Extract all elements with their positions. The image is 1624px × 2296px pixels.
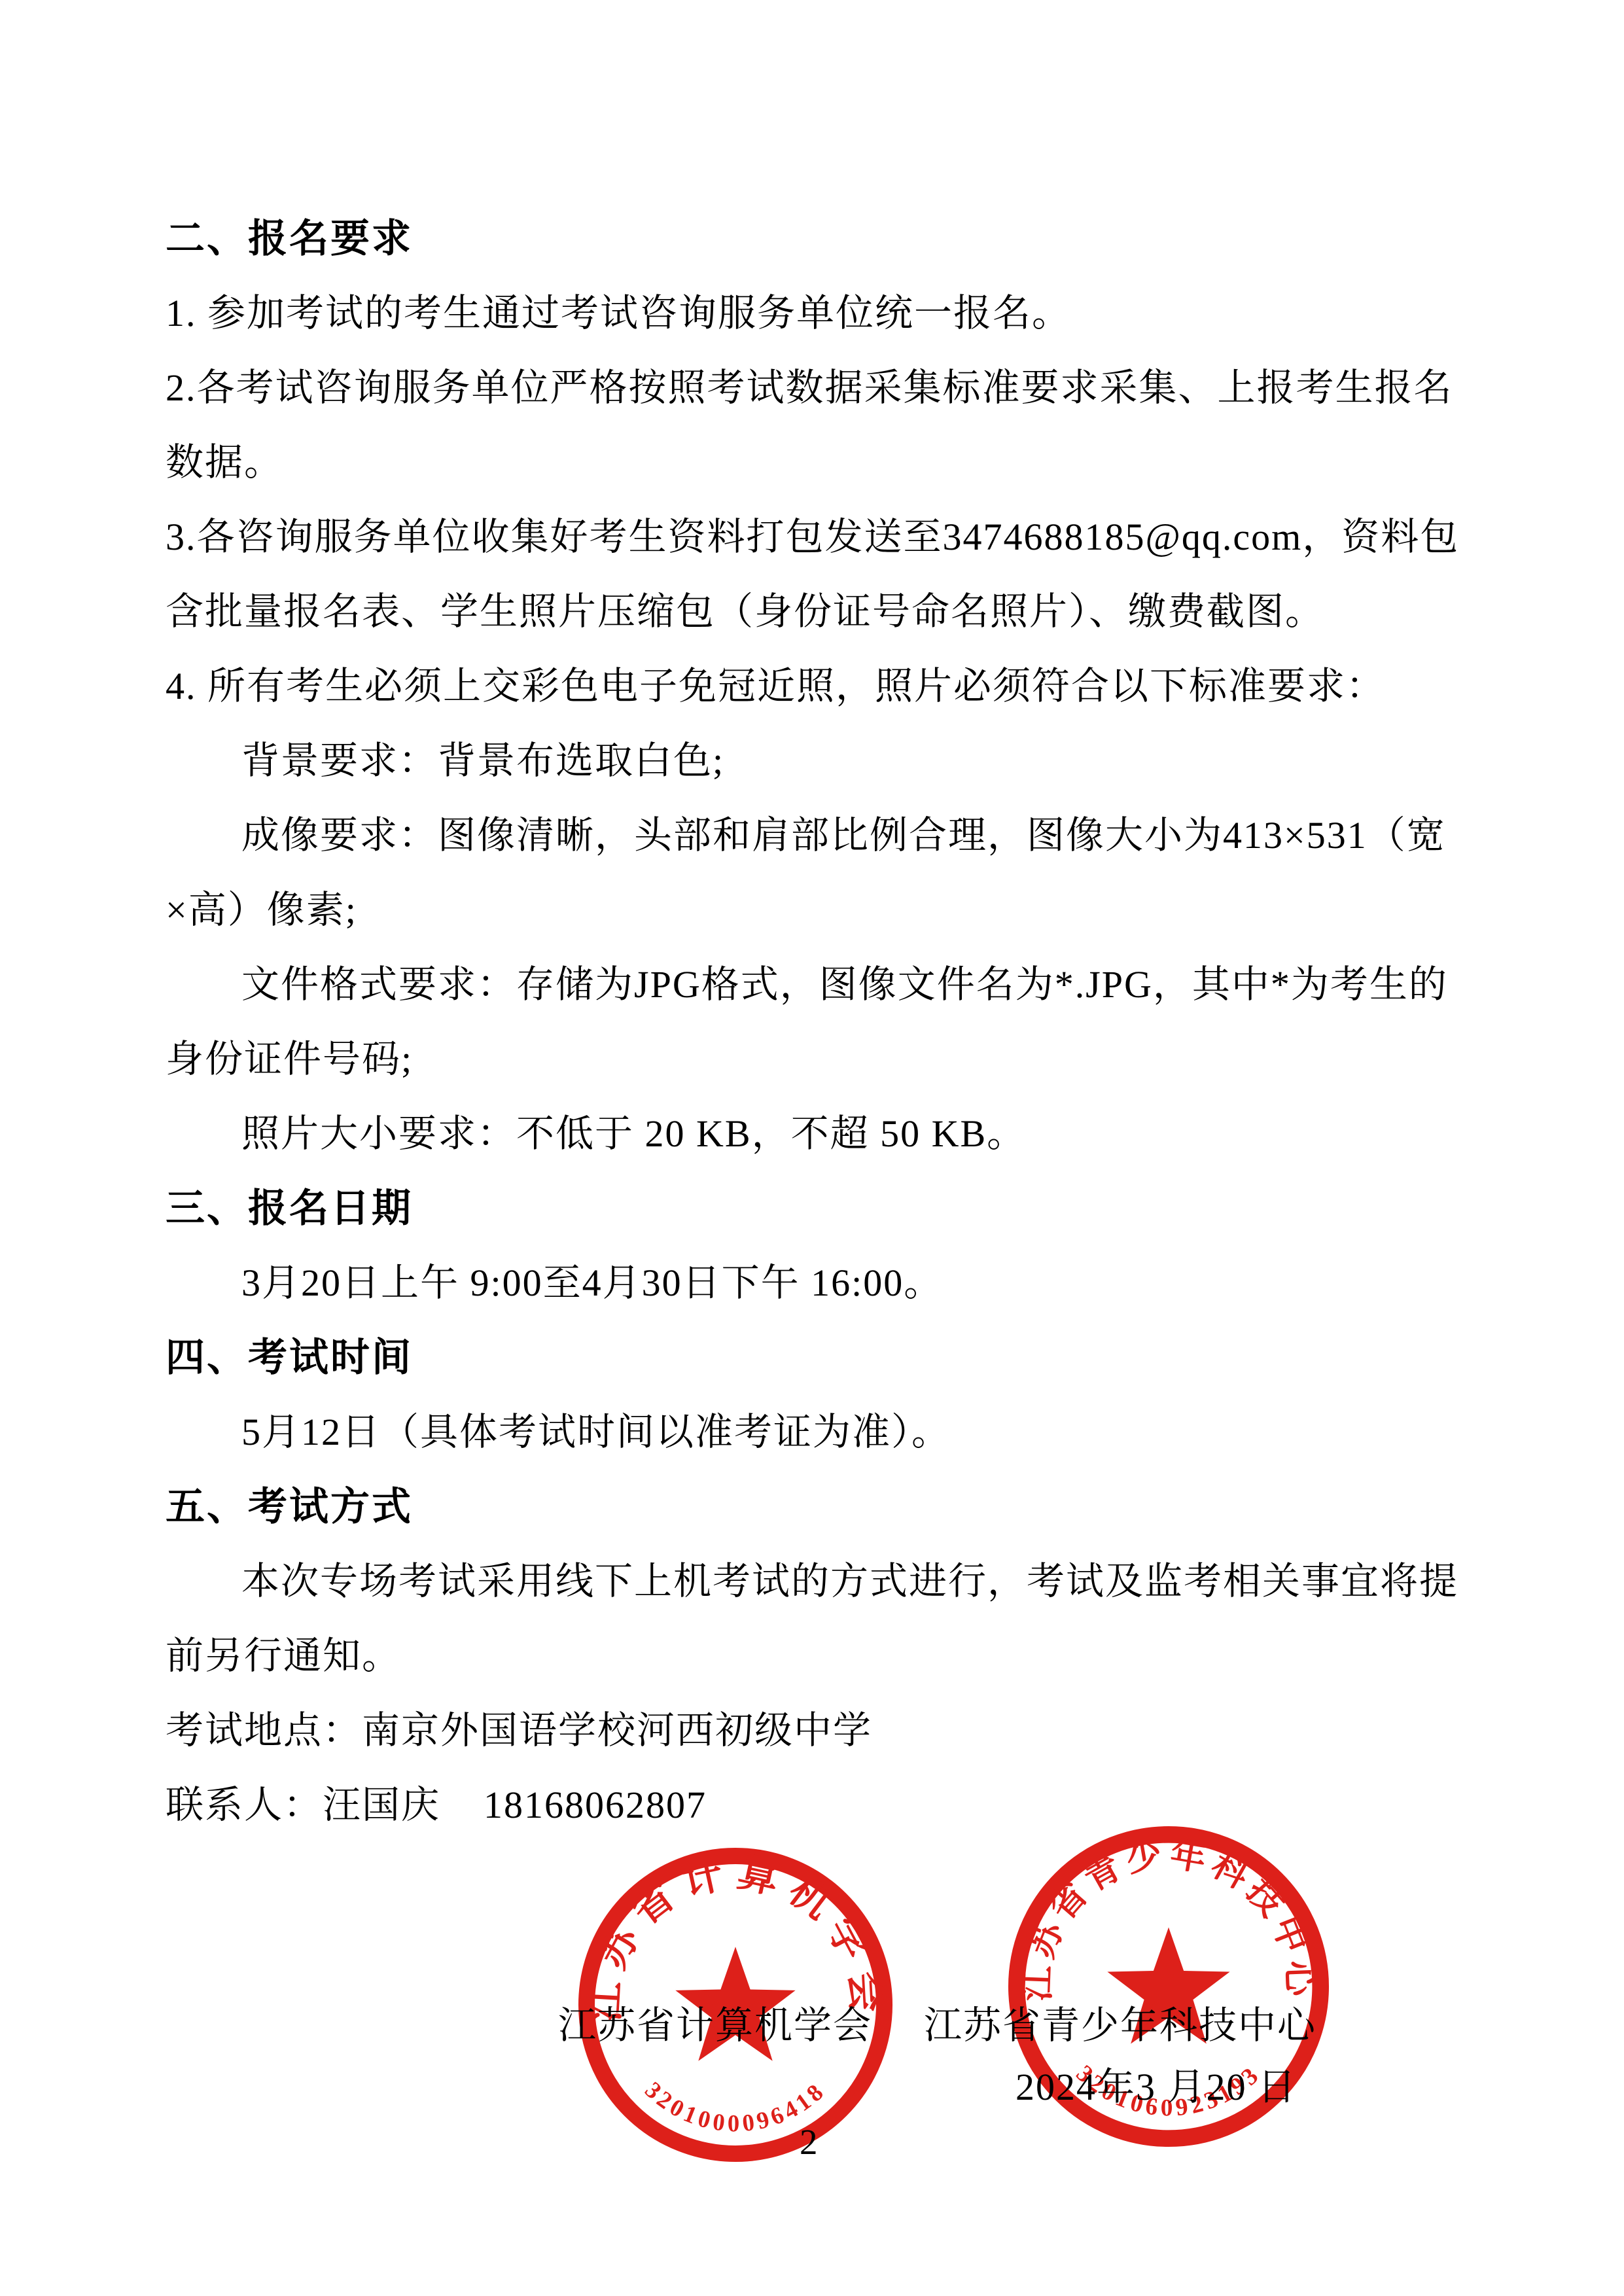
signature-date: 2024年3 月20 日: [1015, 2056, 1297, 2111]
paragraph-line: 2.各考试咨询服务单位严格按照考试数据采集标准要求采集、上报考生报名: [166, 351, 1471, 425]
section-heading-5: 五、考试方式: [166, 1470, 1471, 1544]
paragraph-line: ×高）像素;: [166, 873, 1471, 947]
exam-location-line: 考试地点：南京外国语学校河西初级中学: [166, 1693, 1471, 1768]
section-heading-4: 四、考试时间: [166, 1320, 1471, 1395]
signature-org-left: 江苏省计算机学会: [558, 1994, 872, 2049]
paragraph-line: 照片大小要求：不低于 20 KB，不超 50 KB。: [166, 1097, 1471, 1171]
paragraph-line: 数据。: [166, 425, 1471, 500]
paragraph-line: 含批量报名表、学生照片压缩包（身份证号命名照片）、缴费截图。: [166, 574, 1471, 649]
signature-org-right: 江苏省青少年科技中心: [924, 1994, 1316, 2049]
paragraph-line: 4. 所有考生必须上交彩色电子免冠近照，照片必须符合以下标准要求：: [166, 649, 1471, 724]
paragraph-line: 3月20日上午 9:00至4月30日下午 16:00。: [166, 1246, 1471, 1320]
paragraph-line: 背景要求：背景布选取白色;: [166, 724, 1471, 798]
paragraph-line: 1. 参加考试的考生通过考试咨询服务单位统一报名。: [166, 276, 1471, 351]
paragraph-line: 身份证件号码;: [166, 1022, 1471, 1097]
paragraph-line: 成像要求：图像清晰，头部和肩部比例合理，图像大小为413×531（宽: [166, 798, 1471, 873]
paragraph-line: 文件格式要求：存储为JPG格式，图像文件名为*.JPG，其中*为考生的: [166, 947, 1471, 1022]
paragraph-line: 5月12日（具体考试时间以准考证为准）。: [166, 1395, 1471, 1470]
paragraph-line: 3.各咨询服务单位收集好考生资料打包发送至3474688185@qq.com，资…: [166, 500, 1471, 574]
page-number: 2: [800, 2121, 818, 2163]
section-heading-3: 三、报名日期: [166, 1171, 1471, 1246]
paragraph-line: 本次专场考试采用线下上机考试的方式进行，考试及监考相关事宜将提: [166, 1544, 1471, 1619]
paragraph-line: 前另行通知。: [166, 1619, 1471, 1693]
section-heading-2: 二、报名要求: [166, 202, 1471, 276]
document-body: 二、报名要求 1. 参加考试的考生通过考试咨询服务单位统一报名。 2.各考试咨询…: [166, 202, 1471, 1843]
document-page: 二、报名要求 1. 参加考试的考生通过考试咨询服务单位统一报名。 2.各考试咨询…: [0, 0, 1624, 2296]
